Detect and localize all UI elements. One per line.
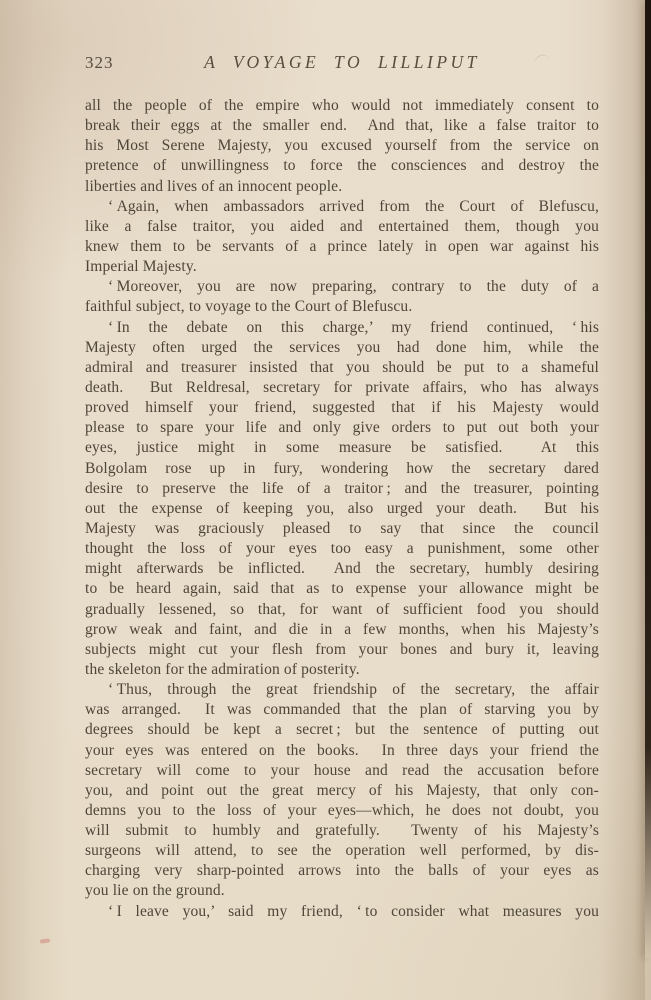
text-line: secretary will come to your house and re… (85, 761, 599, 781)
text-line: ‘ Moreover, you are now preparing, contr… (85, 277, 599, 297)
text-line: all the people of the empire who would n… (85, 96, 599, 116)
text-line: knew them to be servants of a prince lat… (85, 237, 599, 257)
body-text: all the people of the empire who would n… (85, 96, 599, 922)
text-line: ‘ In the debate on this charge,’ my frie… (85, 318, 599, 338)
page-curl-shading (599, 0, 645, 1000)
text-line: break their eggs at the smaller end. And… (85, 116, 599, 136)
text-line: Bolgolam rose up in fury, wondering how … (85, 459, 599, 479)
text-line: please to spare your life and only give … (85, 418, 599, 438)
text-line: grow weak and faint, and die in a few mo… (85, 620, 599, 640)
text-line: out the expense of keeping you, also urg… (85, 499, 599, 519)
text-line: subjects might cut your flesh from your … (85, 640, 599, 660)
text-line: eyes, justice might in some measure be s… (85, 438, 599, 458)
text-line: Imperial Majesty. (85, 257, 599, 277)
text-line: his Most Serene Majesty, you excused you… (85, 136, 599, 156)
text-line: your eyes was entered on the books. In t… (85, 741, 599, 761)
text-line: thought the loss of your eyes too easy a… (85, 539, 599, 559)
text-line: surgeons will attend, to see the operati… (85, 841, 599, 861)
running-title: A VOYAGE TO LILLIPUT (85, 52, 599, 73)
text-line: admiral and treasurer insisted that you … (85, 358, 599, 378)
paragraph: ‘ In the debate on this charge,’ my frie… (85, 318, 599, 681)
text-line: ‘ Again, when ambassadors arrived from t… (85, 197, 599, 217)
page-header: 323 A VOYAGE TO LILLIPUT (85, 52, 599, 76)
text-line: demns you to the loss of your eyes—which… (85, 801, 599, 821)
pink-ink-speck (40, 938, 50, 943)
text-line: might afterwards be inflicted. And the s… (85, 559, 599, 579)
paragraph: all the people of the empire who would n… (85, 96, 599, 197)
text-line: proved himself your friend, suggested th… (85, 398, 599, 418)
book-edge-dark-strip (645, 0, 651, 958)
paragraph: ‘ Thus, through the great friendship of … (85, 680, 599, 902)
text-line: you, and point out the great mercy of hi… (85, 781, 599, 801)
text-line: like a false traitor, you aided and ente… (85, 217, 599, 237)
text-line: degrees should be kept a secret ; but th… (85, 720, 599, 740)
text-line: Majesty was graciously pleased to say th… (85, 519, 599, 539)
paragraph: ‘ Again, when ambassadors arrived from t… (85, 197, 599, 278)
paragraph: ‘ I leave you,’ said my friend, ‘ to con… (85, 902, 599, 922)
book-page: 323 A VOYAGE TO LILLIPUT all the people … (0, 0, 651, 1000)
text-line: death. But Reldresal, secretary for priv… (85, 378, 599, 398)
paragraph: ‘ Moreover, you are now preparing, contr… (85, 277, 599, 317)
text-line: Majesty often urged the services you had… (85, 338, 599, 358)
text-line: the skeleton for the admiration of poste… (85, 660, 599, 680)
text-line: charging very sharp-pointed arrows into … (85, 861, 599, 881)
text-line: desire to preserve the life of a traitor… (85, 479, 599, 499)
text-line: gradually lessened, so that, for want of… (85, 600, 599, 620)
text-line: to be heard again, said that as to expen… (85, 579, 599, 599)
text-line: liberties and lives of an innocent peopl… (85, 177, 599, 197)
text-line: you lie on the ground. (85, 881, 599, 901)
text-line: will submit to humbly and gratefully. Tw… (85, 821, 599, 841)
text-line: ‘ Thus, through the great friendship of … (85, 680, 599, 700)
page-number: 323 (85, 53, 114, 73)
text-line: pretence of unwillingness to force the c… (85, 156, 599, 176)
text-line: faithful subject, to voyage to the Court… (85, 297, 599, 317)
text-line: was arranged. It was commanded that the … (85, 700, 599, 720)
text-line: ‘ I leave you,’ said my friend, ‘ to con… (85, 902, 599, 922)
